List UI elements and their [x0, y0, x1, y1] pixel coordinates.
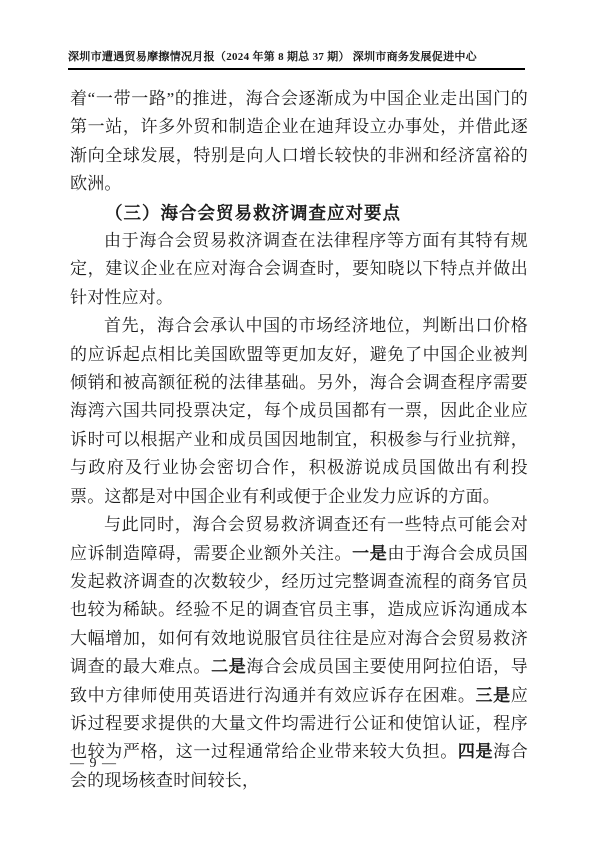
header-organization: 深圳市商务发展促进中心 — [353, 50, 525, 65]
paragraph-advantages: 首先，海合会承认中国的市场经济地位，判断出口价格的应诉起点相比美国欧盟等更加友好… — [70, 312, 528, 511]
emphasis-marker: 四是 — [458, 742, 493, 761]
header-publication-title: 深圳市遭遇贸易摩擦情况月报（2024 年第 8 期总 37 期） — [68, 50, 350, 65]
document-body: 着“一带一路”的推进，海合会逐渐成为中国企业走出国门的第一站，许多外贸和制造企业… — [70, 85, 528, 795]
page-header: 深圳市遭遇贸易摩擦情况月报（2024 年第 8 期总 37 期） 深圳市商务发展… — [68, 50, 525, 70]
page-footer: — 9 — — [70, 756, 117, 772]
paragraph-continuation: 着“一带一路”的推进，海合会逐渐成为中国企业走出国门的第一站，许多外贸和制造企业… — [70, 85, 528, 199]
emphasis-marker: 一是 — [352, 544, 387, 563]
emphasis-marker: 二是 — [211, 657, 246, 676]
page-number: — 9 — — [70, 756, 117, 771]
paragraph-challenges: 与此同时，海合会贸易救济调查还有一些特点可能会对应诉制造障碍，需要企业额外关注。… — [70, 511, 528, 795]
emphasis-marker: 三是 — [476, 686, 511, 705]
paragraph-intro: 由于海合会贸易救济调查在法律程序等方面有其特有规定，建议企业在应对海合会调查时，… — [70, 227, 528, 312]
section-heading: （三）海合会贸易救济调查应对要点 — [70, 199, 528, 227]
document-page: 深圳市遭遇贸易摩擦情况月报（2024 年第 8 期总 37 期） 深圳市商务发展… — [0, 0, 597, 841]
